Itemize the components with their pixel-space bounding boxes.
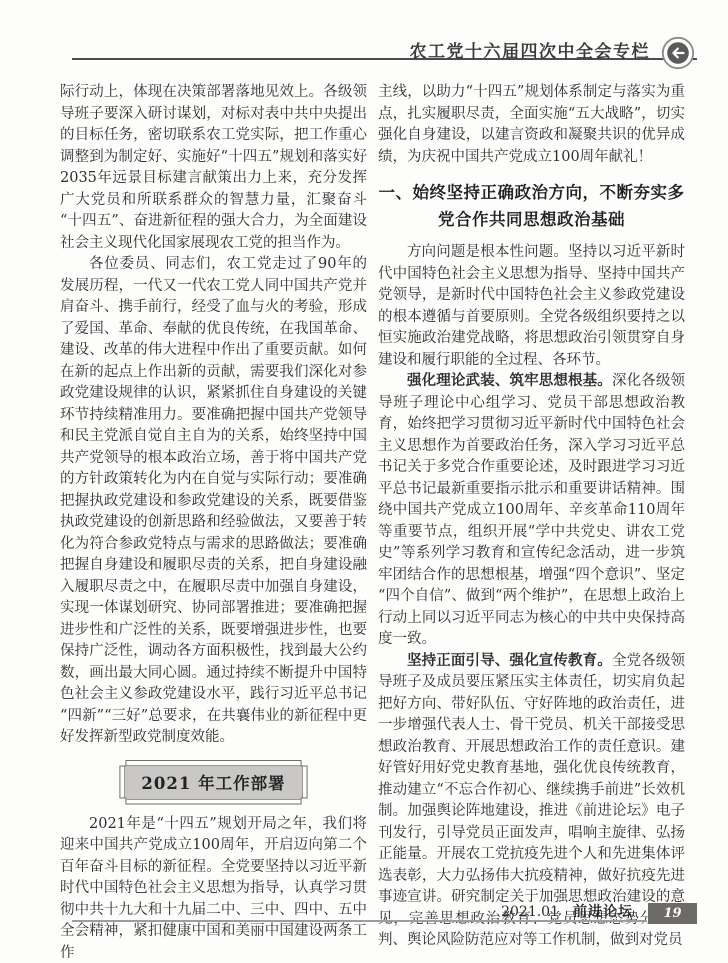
article-body: 际行动上，体现在决策部署落地见效上。各级领导班子要深入研讨谋划，对标对表中共中央… (60, 82, 685, 963)
paragraph-lead: 强化理论武装、筑牢思想根基。 (407, 373, 612, 389)
back-arrow-circle-icon (661, 36, 695, 70)
page-number-badge: 19 (648, 903, 697, 924)
paragraph: 主线，以助力“十四五”规划体系制定与落实为重点，扎实履职尽责，全面实施“五大战略… (378, 82, 685, 168)
left-column: 际行动上，体现在决策部署落地见效上。各级领导班子要深入研讨谋划，对标对表中共中央… (60, 82, 367, 963)
journal-page: 农工党十六届四次中全会专栏 际行动上，体现在决策部署落地见效上。各级领导班子要深… (0, 0, 728, 963)
section-box-title: 2021 年工作部署 (124, 765, 302, 800)
paragraph: 各位委员、同志们，农工党走过了90年的发展历程，一代又一代农工党人同中国共产党并… (60, 254, 367, 749)
page-number: 19 (663, 906, 681, 921)
paragraph-text: 深化各级领导班子理论中心组学习、党员干部思想政治教育，始终把学习贯彻习近平新时代… (378, 373, 685, 647)
right-column: 主线，以助力“十四五”规划体系制定与落实为重点，扎实履职尽责，全面实施“五大战略… (378, 82, 685, 963)
paragraph: 方向问题是根本性问题。坚持以习近平新时代中国特色社会主义思想为指导、坚持中国共产… (378, 242, 685, 371)
paragraph: 际行动上，体现在决策部署落地见效上。各级领导班子要深入研讨谋划，对标对表中共中央… (60, 82, 367, 254)
footer-issue: 2021.01 (501, 904, 559, 920)
paragraph: 2021年是“十四五”规划开局之年，我们将迎来中国共产党成立100周年，开启迈向… (60, 814, 367, 963)
section-box-wrap: 2021 年工作部署 (60, 760, 367, 805)
footer-text: 2021.01前进论坛 (501, 901, 633, 921)
paragraph: 强化理论武装、筑牢思想根基。深化各级领导班子理论中心组学习、党员干部思想政治教育… (378, 371, 685, 651)
section-box-frame: 2021 年工作部署 (119, 760, 307, 805)
footer-journal-name: 前进论坛 (573, 904, 633, 920)
column-title: 农工党十六届四次中全会专栏 (410, 37, 651, 62)
paragraph-lead: 坚持正面引导、强化宣传教育。 (407, 653, 612, 669)
section-heading: 一、始终坚持正确政治方向，不断夯实多党合作共同思想政治基础 (378, 179, 685, 233)
